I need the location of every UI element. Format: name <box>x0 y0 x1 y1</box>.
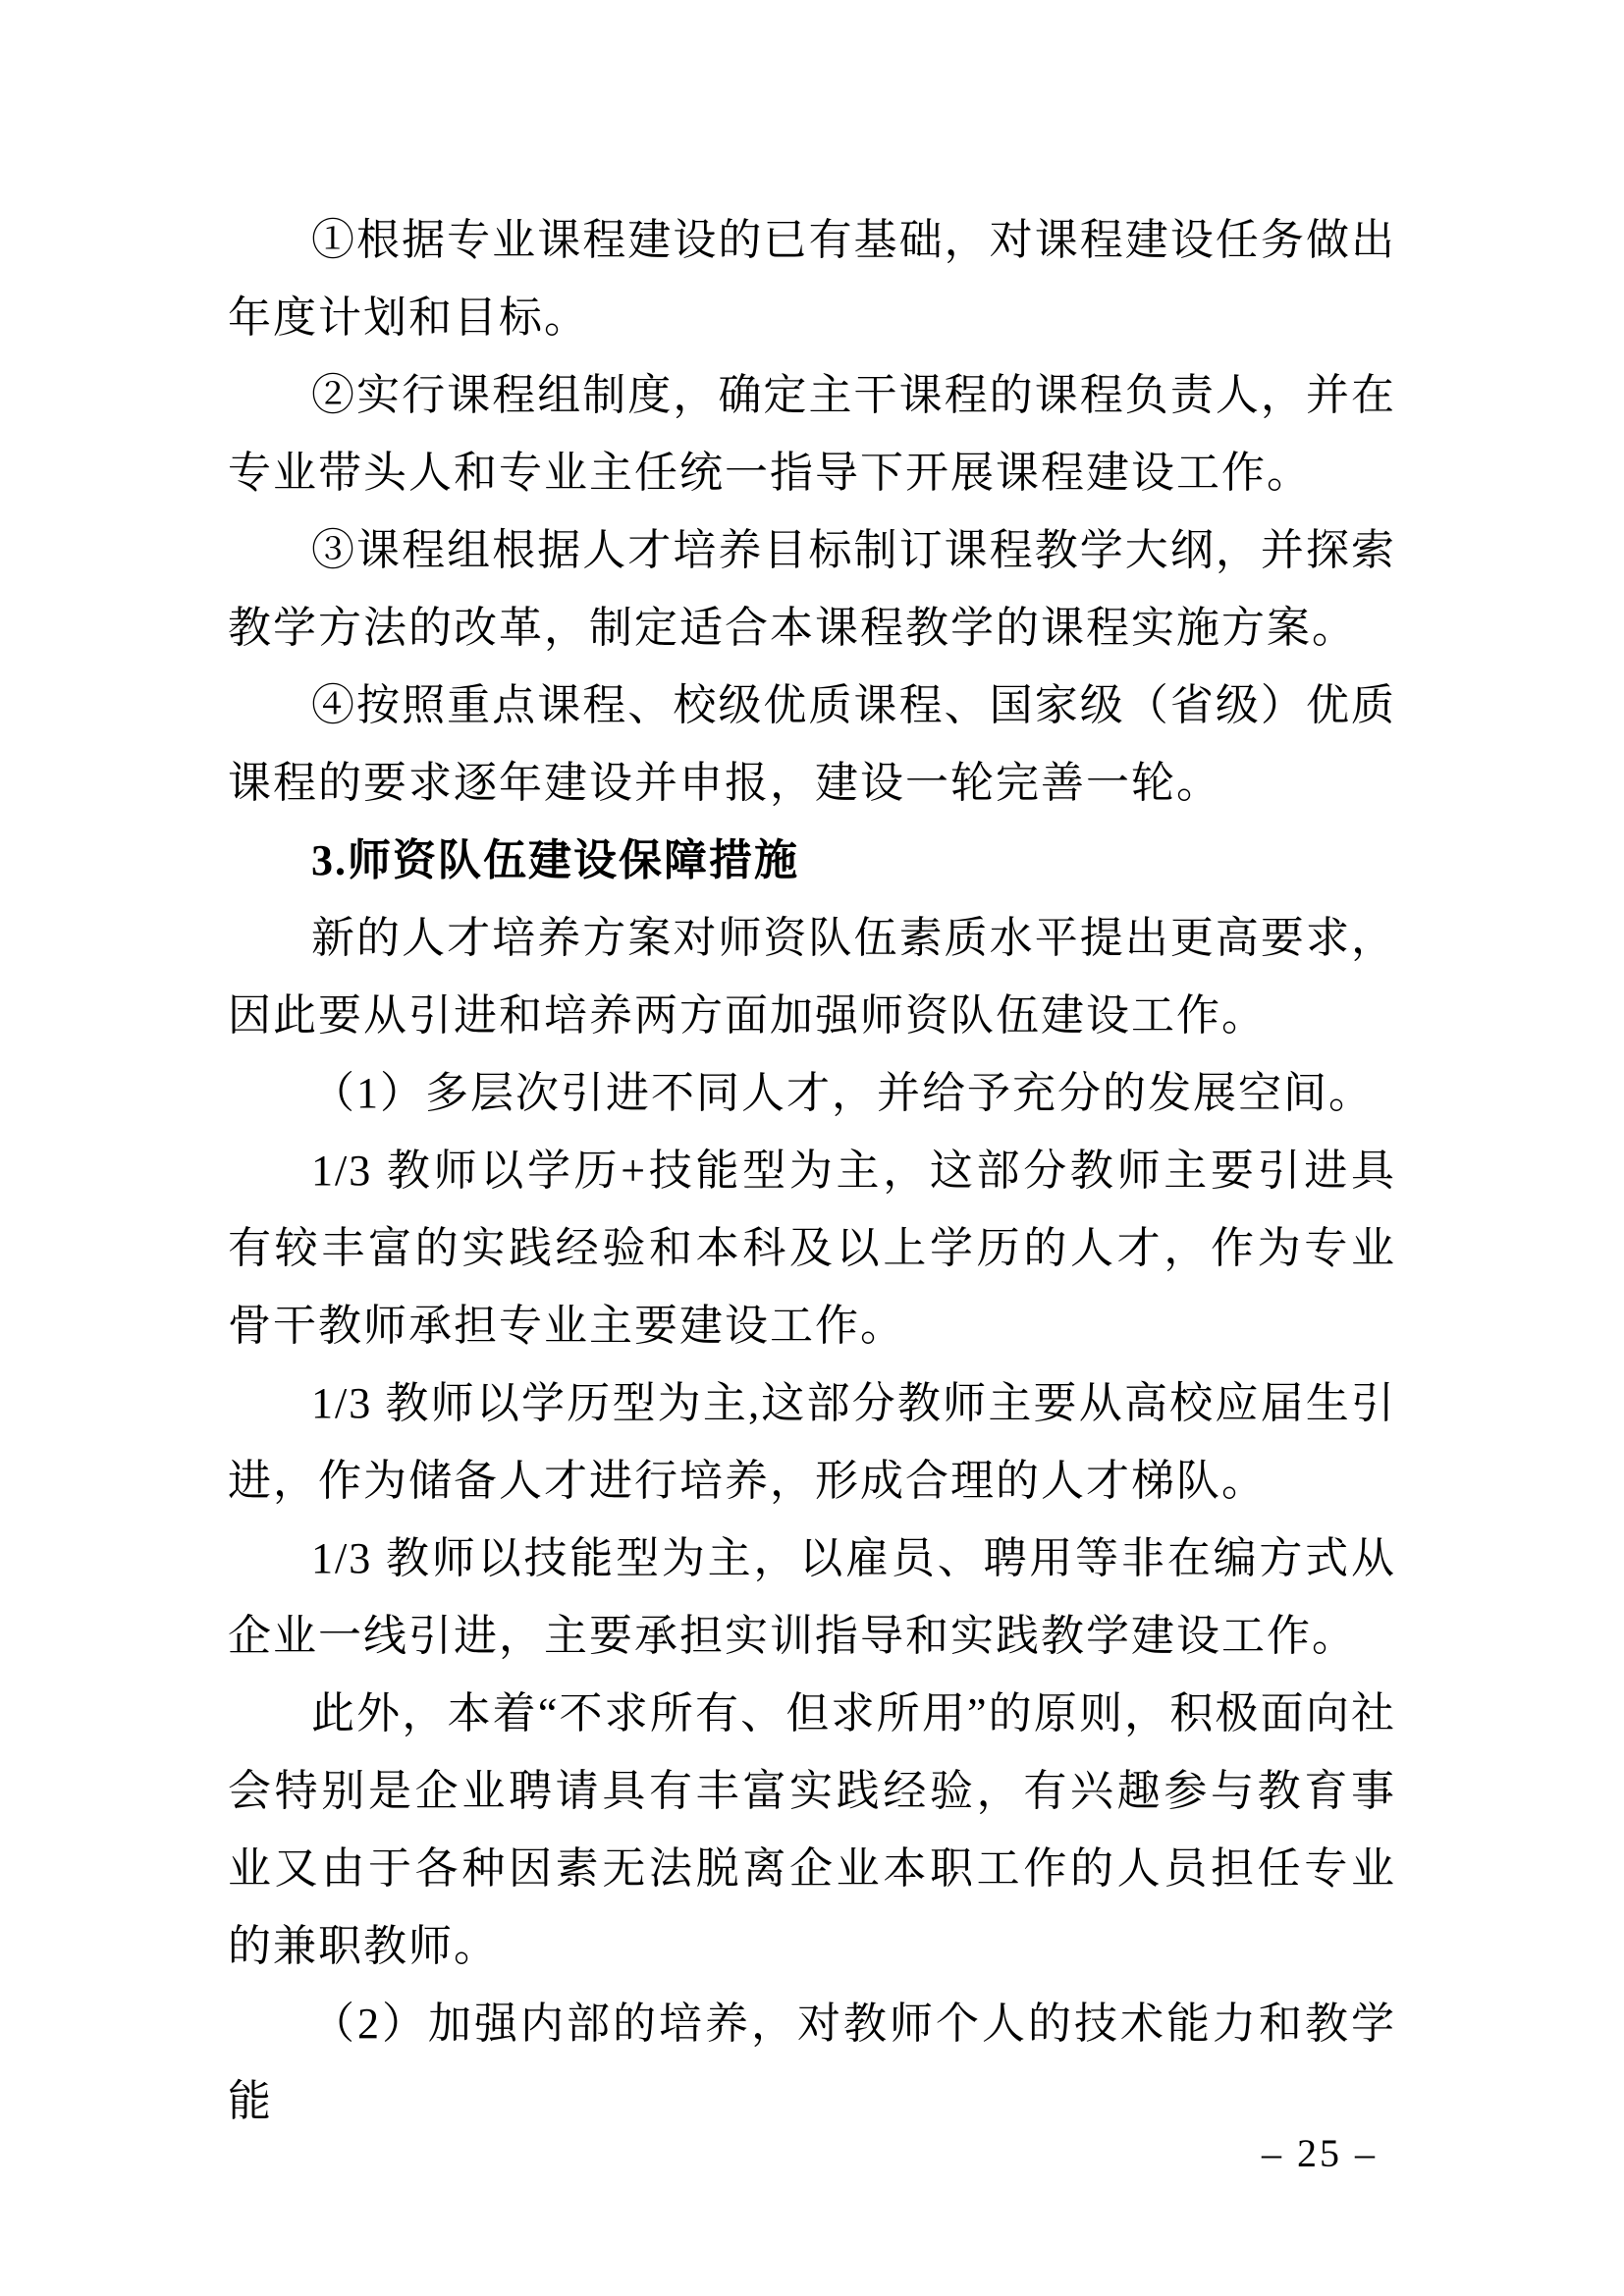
paragraph-5: 新的人才培养方案对师资队伍素质水平提出更高要求，因此要从引进和培养两方面加强师资… <box>228 899 1396 1054</box>
paragraph-9: 1/3 教师以技能型为主，以雇员、聘用等非在编方式从企业一线引进，主要承担实训指… <box>228 1520 1396 1675</box>
section-heading-teacher-team: 3.师资队伍建设保障措施 <box>228 822 1396 899</box>
paragraph-3: ③课程组根据人才培养目标制订课程教学大纲，并探索教学方法的改革，制定适合本课程教… <box>228 511 1396 667</box>
document-body: ①根据专业课程建设的已有基础，对课程建设任务做出年度计划和目标。 ②实行课程组制… <box>228 201 1396 2140</box>
paragraph-2: ②实行课程组制度，确定主干课程的课程负责人，并在专业带头人和专业主任统一指导下开… <box>228 356 1396 511</box>
page-number: – 25 – <box>1262 2130 1378 2176</box>
paragraph-10: 此外，本着“不求所有、但求所用”的原则，积极面向社会特别是企业聘请具有丰富实践经… <box>228 1675 1396 1985</box>
paragraph-1: ①根据专业课程建设的已有基础，对课程建设任务做出年度计划和目标。 <box>228 201 1396 356</box>
paragraph-11: （2）加强内部的培养，对教师个人的技术能力和教学能 <box>228 1985 1396 2140</box>
paragraph-4: ④按照重点课程、校级优质课程、国家级（省级）优质课程的要求逐年建设并申报，建设一… <box>228 667 1396 822</box>
document-page: ①根据专业课程建设的已有基础，对课程建设任务做出年度计划和目标。 ②实行课程组制… <box>0 0 1624 2296</box>
paragraph-6: （1）多层次引进不同人才，并给予充分的发展空间。 <box>228 1054 1396 1132</box>
paragraph-8: 1/3 教师以学历型为主,这部分教师主要从高校应届生引进，作为储备人才进行培养，… <box>228 1364 1396 1520</box>
paragraph-7: 1/3 教师以学历+技能型为主，这部分教师主要引进具有较丰富的实践经验和本科及以… <box>228 1132 1396 1364</box>
